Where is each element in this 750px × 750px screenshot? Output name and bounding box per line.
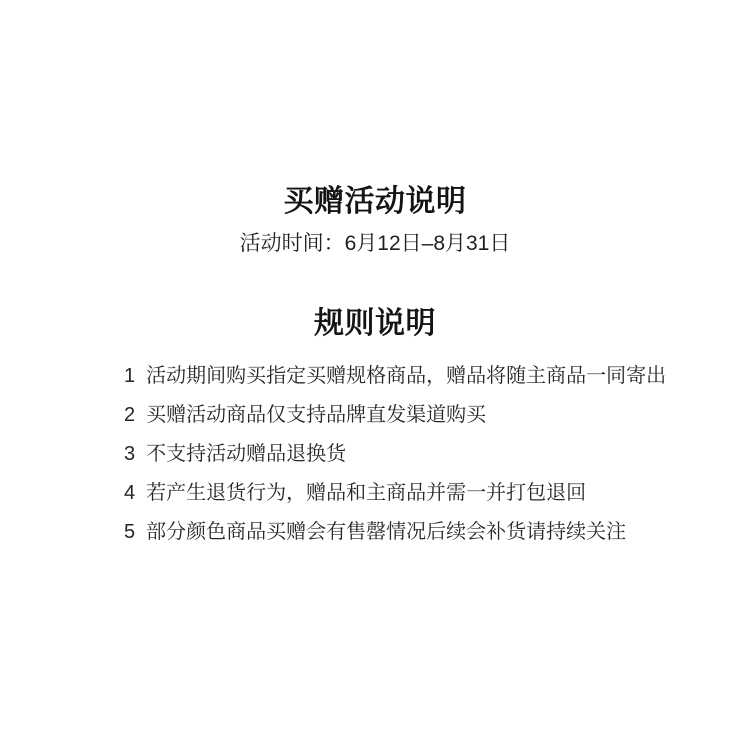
rule-number: 2 <box>124 405 135 426</box>
page-title: 买赠活动说明 <box>284 186 467 218</box>
rules-section-heading: 规则说明 <box>314 308 436 340</box>
activity-time-text: 活动时间：6月12日–8月31日 <box>240 233 511 255</box>
rule-number: 4 <box>124 483 135 504</box>
rule-text: 不支持活动赠品退换货 <box>146 444 346 465</box>
rule-item: 5 部分颜色商品买赠会有售罄情况后续会补货请持续关注 <box>124 522 666 543</box>
rule-text: 买赠活动商品仅支持品牌直发渠道购买 <box>146 405 486 426</box>
promo-notice-page: 买赠活动说明 活动时间：6月12日–8月31日 规则说明 1 活动期间购买指定买… <box>0 0 750 750</box>
rule-number: 3 <box>124 444 135 465</box>
rule-item: 1 活动期间购买指定买赠规格商品，赠品将随主商品一同寄出 <box>124 366 666 387</box>
rule-text: 部分颜色商品买赠会有售罄情况后续会补货请持续关注 <box>146 522 626 543</box>
rule-item: 3 不支持活动赠品退换货 <box>124 444 666 465</box>
rule-item: 4 若产生退货行为，赠品和主商品并需一并打包退回 <box>124 483 666 504</box>
rules-list: 1 活动期间购买指定买赠规格商品，赠品将随主商品一同寄出 2 买赠活动商品仅支持… <box>124 366 666 561</box>
rule-item: 2 买赠活动商品仅支持品牌直发渠道购买 <box>124 405 666 426</box>
rule-number: 1 <box>124 366 135 387</box>
rule-number: 5 <box>124 522 135 543</box>
rule-text: 活动期间购买指定买赠规格商品，赠品将随主商品一同寄出 <box>146 366 666 387</box>
rule-text: 若产生退货行为，赠品和主商品并需一并打包退回 <box>146 483 586 504</box>
